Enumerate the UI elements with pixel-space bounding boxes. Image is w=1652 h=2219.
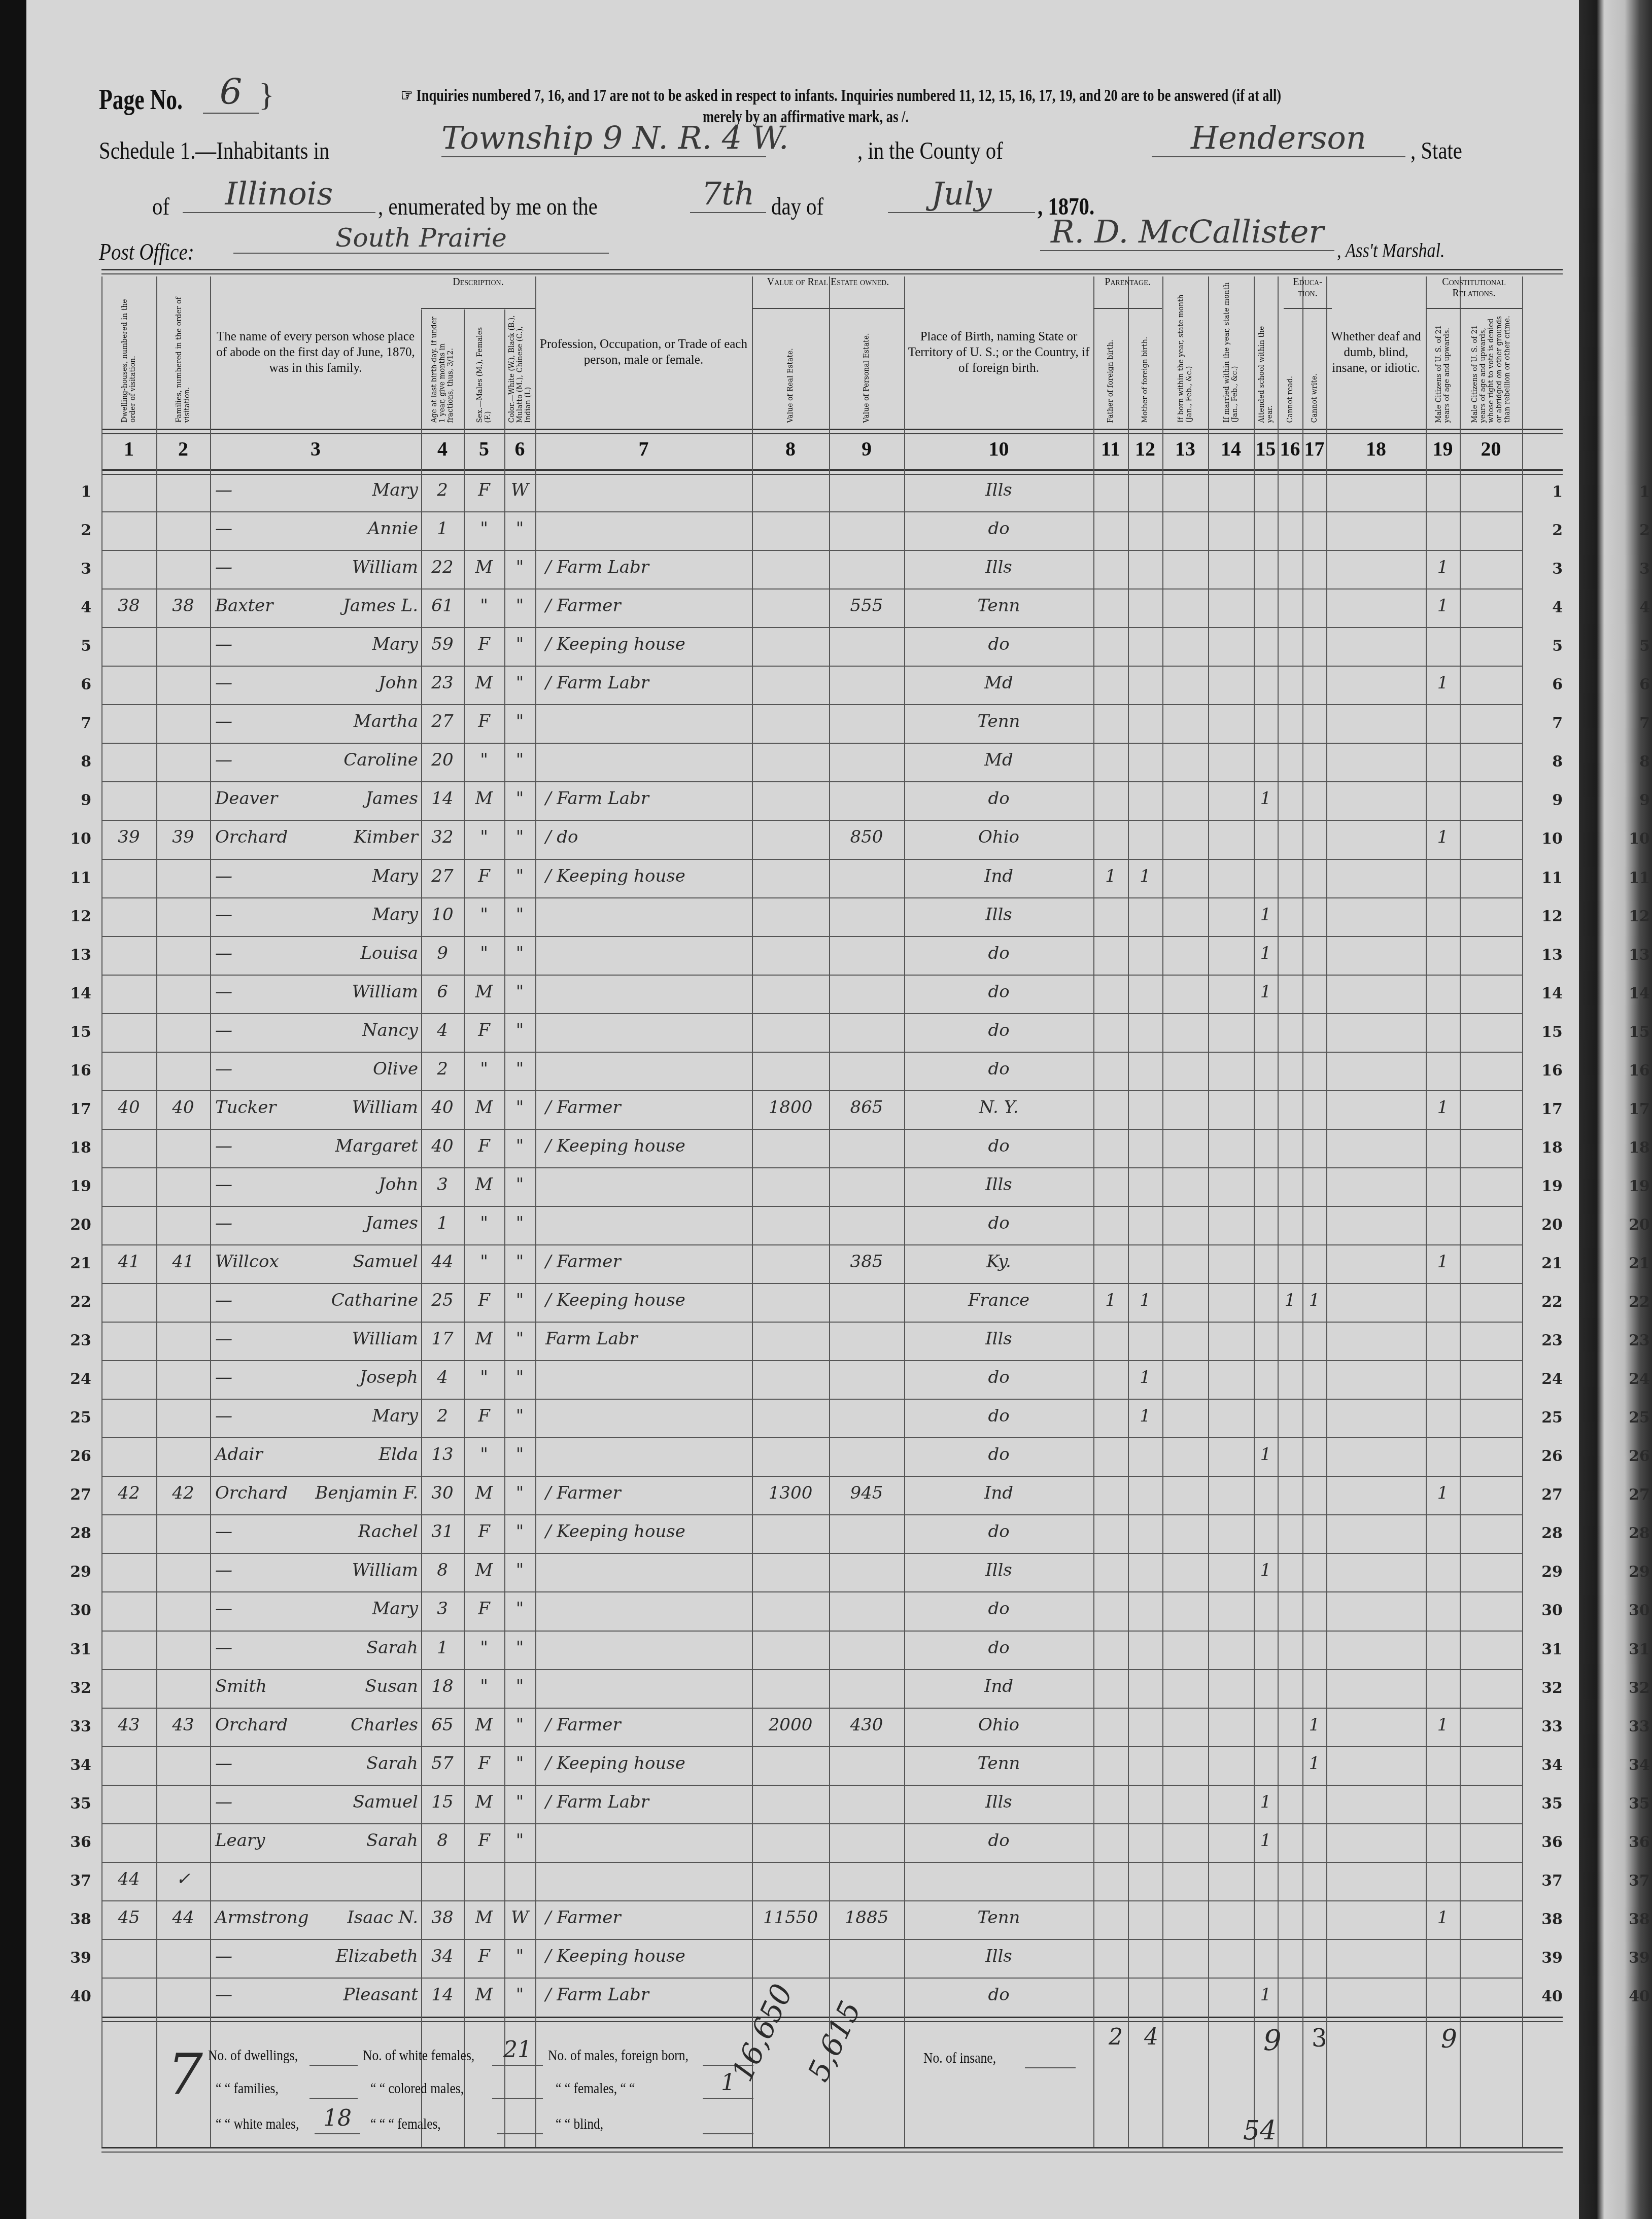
table-row: 1313—Louisa9""do1 — [0, 936, 1652, 975]
surname-cell: — — [215, 1020, 312, 1041]
birthplace-cell: do — [904, 982, 1093, 1002]
adjacent-line-number: 8 — [1620, 753, 1650, 771]
males-foreign-label: No. of males, foreign born, — [548, 2047, 689, 2064]
column-header-8: Value of Real Estate. — [752, 309, 829, 428]
age-cell: 2 — [421, 1406, 464, 1426]
family-cell: 44 — [156, 1908, 210, 1928]
given-name-cell: Nancy — [312, 1020, 418, 1041]
sex-cell: F — [464, 1521, 504, 1542]
birthplace-cell: do — [904, 634, 1093, 654]
column-header-text: Whether deaf and dumb, blind, insane, or… — [1326, 329, 1426, 376]
line-number-right: 19 — [1532, 1177, 1563, 1195]
line-number-right: 23 — [1532, 1332, 1563, 1349]
occupation-cell: / Farmer — [545, 1097, 748, 1118]
occupation-cell: / Keeping house — [545, 1290, 748, 1310]
line-number-left: 19 — [61, 1177, 91, 1195]
line-number-left: 22 — [61, 1293, 91, 1311]
table-row: 1212—Mary10""Ills1 — [0, 897, 1652, 936]
adjacent-line-number: 13 — [1620, 946, 1650, 964]
marshal-label: , Ass't Marshal. — [1337, 238, 1445, 262]
page-number-value: 6 — [203, 71, 259, 114]
bottom-note: 54 — [1243, 2116, 1277, 2146]
sex-cell: F — [464, 1753, 504, 1774]
line-number-left: 11 — [61, 869, 91, 887]
sex-cell: " — [464, 1252, 504, 1272]
family-cell: 43 — [156, 1715, 210, 1735]
surname-cell: Deaver — [215, 788, 312, 809]
birthplace-cell: Tenn — [904, 596, 1093, 616]
adjacent-line-number: 9 — [1620, 791, 1650, 809]
c12-cell: 1 — [1128, 1406, 1162, 1426]
column-header-4: Age at last birth-day. If under 1 year, … — [421, 309, 464, 428]
adjacent-line-number: 31 — [1620, 1641, 1650, 1658]
sex-cell: M — [464, 982, 504, 1002]
line-number-left: 30 — [61, 1602, 91, 1619]
given-name-cell: Mary — [312, 866, 418, 886]
table-row: 2323—WilliamFarm Labr17M"Ills — [0, 1322, 1652, 1360]
column-number-15: 15 — [1254, 431, 1278, 467]
age-cell: 17 — [421, 1329, 464, 1349]
column-header-2: Families, numbered in the order of visit… — [156, 276, 210, 428]
county-field: Henderson — [1152, 119, 1405, 157]
surname-cell: Armstrong — [215, 1908, 312, 1928]
adjacent-line-number: 2 — [1620, 522, 1650, 539]
family-cell: 42 — [156, 1483, 210, 1503]
color-cell: " — [504, 1638, 535, 1658]
line-number-right: 40 — [1532, 1988, 1563, 2005]
column-header-text: Father of foreign birth. — [1107, 315, 1115, 423]
birthplace-cell: do — [904, 518, 1093, 539]
adjacent-line-number: 32 — [1620, 1679, 1650, 1697]
county-label: , in the County of — [857, 137, 1003, 165]
birthplace-cell: do — [904, 1599, 1093, 1619]
column-header-text: Male Citizens of U. S. of 21 years of ag… — [1435, 315, 1451, 423]
birthplace-cell: Ills — [904, 480, 1093, 500]
color-cell: " — [504, 750, 535, 770]
line-number-left: 29 — [61, 1563, 91, 1581]
column-number-11: 11 — [1093, 431, 1128, 467]
column-number-16: 16 — [1278, 431, 1302, 467]
birthplace-cell: do — [904, 1985, 1093, 2005]
line-number-right: 33 — [1532, 1718, 1563, 1736]
birthplace-cell: do — [904, 1367, 1093, 1388]
given-name-cell: John — [312, 1174, 418, 1195]
surname-cell: Orchard — [215, 827, 312, 847]
line-number-right: 13 — [1532, 946, 1563, 964]
line-number-left: 32 — [61, 1679, 91, 1697]
column-header-13: If born within the year, state month (Ja… — [1162, 276, 1208, 428]
color-cell: " — [504, 1329, 535, 1349]
c19-cell: 1 — [1426, 827, 1460, 847]
given-name-cell: Sarah — [312, 1830, 418, 1851]
column-number-2: 2 — [156, 431, 210, 467]
occupation-cell: / Farm Labr — [545, 673, 748, 693]
personal-cell: 385 — [829, 1252, 904, 1272]
adjacent-line-number: 20 — [1620, 1216, 1650, 1234]
white-females-value: 21 — [492, 2037, 543, 2066]
column-header-16: Cannot read. — [1278, 309, 1302, 428]
given-name-cell: Benjamin F. — [312, 1483, 418, 1503]
birthplace-cell: Ind — [904, 866, 1093, 886]
line-number-right: 16 — [1532, 1062, 1563, 1080]
sex-cell: " — [464, 905, 504, 925]
column-header-10: Place of Birth, naming State or Territor… — [904, 276, 1093, 428]
line-number-left: 15 — [61, 1023, 91, 1041]
column-number-10: 10 — [904, 431, 1093, 467]
column-header-text: Families, numbered in the order of visit… — [175, 282, 191, 423]
adjacent-line-number: 37 — [1620, 1872, 1650, 1890]
line-number-left: 7 — [61, 714, 91, 732]
line-number-right: 36 — [1532, 1833, 1563, 1851]
occupation-cell: / Farmer — [545, 596, 748, 616]
personal-cell: 850 — [829, 827, 904, 847]
column-header-5: Sex.—Males (M.), Females (F.) — [464, 309, 504, 428]
table-row: 3838ArmstrongIsaac N./ Farmer454438MW115… — [0, 1900, 1652, 1939]
white-males-label: “ “ white males, — [216, 2116, 299, 2133]
color-cell: " — [504, 866, 535, 886]
column-header-6: Color.—White (W.), Black (B.), Mulatto (… — [504, 309, 535, 428]
surname-cell: — — [215, 1290, 312, 1310]
color-cell: " — [504, 1753, 535, 1774]
line-number-left: 33 — [61, 1718, 91, 1736]
table-row: 3636LearySarah8F"do1 — [0, 1823, 1652, 1862]
colored-females-value — [497, 2113, 543, 2134]
line-number-left: 13 — [61, 946, 91, 964]
age-cell: 30 — [421, 1483, 464, 1503]
sex-cell: M — [464, 1715, 504, 1735]
surname-cell: — — [215, 1213, 312, 1233]
occupation-cell: / Farmer — [545, 1252, 748, 1272]
column-number-8: 8 — [752, 431, 829, 467]
color-cell: " — [504, 596, 535, 616]
age-cell: 40 — [421, 1097, 464, 1118]
line-number-right: 21 — [1532, 1255, 1563, 1272]
age-cell: 15 — [421, 1792, 464, 1812]
occupation-cell: / do — [545, 827, 748, 847]
birthplace-cell: do — [904, 1059, 1093, 1079]
column-number-1: 1 — [101, 431, 156, 467]
table-row: 77—Martha27F"Tenn — [0, 704, 1652, 743]
dwelling-cell: 42 — [101, 1483, 156, 1503]
given-name-cell: Samuel — [312, 1252, 418, 1272]
birthplace-cell: Ills — [904, 905, 1093, 925]
real-cell: 11550 — [752, 1908, 829, 1928]
line-number-left: 36 — [61, 1833, 91, 1851]
table-row: 2929—William8M"Ills1 — [0, 1553, 1652, 1591]
line-number-right: 28 — [1532, 1524, 1563, 1542]
adjacent-line-number: 19 — [1620, 1177, 1650, 1195]
pointing-hand-icon: ☞ — [401, 86, 416, 105]
given-name-cell: James — [312, 1213, 418, 1233]
age-cell: 65 — [421, 1715, 464, 1735]
given-name-cell: Mary — [312, 1599, 418, 1619]
sex-cell: F — [464, 634, 504, 654]
column-header-text: Dwelling-houses, numbered in the order o… — [121, 282, 137, 423]
age-cell: 14 — [421, 1985, 464, 2005]
surname-cell: — — [215, 518, 312, 539]
line-number-left: 39 — [61, 1949, 91, 1967]
given-name-cell: Samuel — [312, 1792, 418, 1812]
line-number-right: 22 — [1532, 1293, 1563, 1311]
column-number-13: 13 — [1162, 431, 1208, 467]
sex-cell: " — [464, 943, 504, 963]
surname-cell: — — [215, 866, 312, 886]
color-cell: " — [504, 788, 535, 809]
given-name-cell: Joseph — [312, 1367, 418, 1388]
line-number-right: 17 — [1532, 1100, 1563, 1118]
occupation-cell: / Farm Labr — [545, 788, 748, 809]
occupation-cell: / Farm Labr — [545, 1792, 748, 1812]
birthplace-cell: Ky. — [904, 1252, 1093, 1272]
line-number-left: 20 — [61, 1216, 91, 1234]
table-row: 88—Caroline20""Md — [0, 743, 1652, 781]
family-cell: ✓ — [156, 1869, 210, 1889]
adjacent-line-number: 10 — [1620, 830, 1650, 848]
adjacent-line-number: 21 — [1620, 1255, 1650, 1272]
line-number-right: 20 — [1532, 1216, 1563, 1234]
color-cell: " — [504, 982, 535, 1002]
color-cell: " — [504, 1715, 535, 1735]
given-name-cell: John — [312, 673, 418, 693]
surname-cell: — — [215, 480, 312, 500]
table-row: 3232SmithSusan18""Ind — [0, 1669, 1652, 1708]
c17-cell: 1 — [1302, 1753, 1326, 1774]
age-cell: 4 — [421, 1367, 464, 1388]
given-name-cell: Kimber — [312, 827, 418, 847]
color-cell: " — [504, 1290, 535, 1310]
column-header-1: Dwelling-houses, numbered in the order o… — [101, 276, 156, 428]
month-field: July — [888, 175, 1035, 213]
age-cell: 1 — [421, 1638, 464, 1658]
table-row: 2121WillcoxSamuel/ Farmer414144""385Ky.1 — [0, 1244, 1652, 1283]
colored-males-label: “ “ colored males, — [370, 2080, 464, 2097]
sex-cell: M — [464, 1483, 504, 1503]
marshal-signature: R. D. McCallister — [1040, 213, 1334, 251]
line-number-left: 12 — [61, 908, 91, 925]
color-cell: " — [504, 827, 535, 847]
line-number-right: 7 — [1532, 714, 1563, 732]
age-cell: 2 — [421, 480, 464, 500]
table-row: 1010OrchardKimber/ do393932""850Ohio1 — [0, 820, 1652, 858]
age-cell: 10 — [421, 905, 464, 925]
occupation-cell: / Farmer — [545, 1908, 748, 1928]
real-cell: 1300 — [752, 1483, 829, 1503]
given-name-cell: Olive — [312, 1059, 418, 1079]
surname-cell: Willcox — [215, 1252, 312, 1272]
insane-value — [1025, 2047, 1076, 2068]
line-number-right: 8 — [1532, 753, 1563, 771]
group-constitutional: Constitutional Relations. — [1426, 276, 1522, 309]
table-row: 1414—William6M"do1 — [0, 975, 1652, 1013]
given-name-cell: Elizabeth — [312, 1946, 418, 1966]
c11-cell: 1 — [1093, 1290, 1128, 1310]
age-cell: 1 — [421, 1213, 464, 1233]
birthplace-cell: Ohio — [904, 827, 1093, 847]
line-number-left: 1 — [61, 483, 91, 501]
sex-cell: F — [464, 1406, 504, 1426]
age-cell: 4 — [421, 1020, 464, 1041]
age-cell: 61 — [421, 596, 464, 616]
line-number-right: 4 — [1532, 599, 1563, 616]
state-label: , State — [1410, 137, 1462, 165]
column-header-text: Profession, Occupation, or Trade of each… — [535, 336, 752, 368]
line-number-right: 5 — [1532, 637, 1563, 655]
table-row: 2727OrchardBenjamin F./ Farmer424230M"13… — [0, 1476, 1652, 1514]
surname-cell: — — [215, 1521, 312, 1542]
dwelling-cell: 38 — [101, 596, 156, 616]
dwelling-cell: 40 — [101, 1097, 156, 1118]
line-number-left: 28 — [61, 1524, 91, 1542]
line-number-right: 32 — [1532, 1679, 1563, 1697]
sex-cell: M — [464, 557, 504, 577]
birthplace-cell: do — [904, 1830, 1093, 1851]
given-name-cell: Louisa — [312, 943, 418, 963]
line-number-right: 27 — [1532, 1486, 1563, 1504]
given-name-cell: William — [312, 982, 418, 1002]
sex-cell: " — [464, 1213, 504, 1233]
given-name-cell: Catharine — [312, 1290, 418, 1310]
color-cell: W — [504, 480, 535, 500]
color-cell: " — [504, 1406, 535, 1426]
birthplace-cell: Ohio — [904, 1715, 1093, 1735]
c11-cell: 1 — [1093, 866, 1128, 886]
sex-cell: F — [464, 1136, 504, 1156]
personal-cell: 430 — [829, 1715, 904, 1735]
column-header-text: Value of Personal Estate. — [863, 315, 871, 423]
group-description: Description. — [421, 276, 535, 309]
column-number-5: 5 — [464, 431, 504, 467]
column-header-text: Sex.—Males (M.), Females (F.) — [476, 315, 492, 423]
given-name-cell: Isaac N. — [312, 1908, 418, 1928]
birthplace-cell: Ills — [904, 1792, 1093, 1812]
occupation-cell: / Keeping house — [545, 634, 748, 654]
surname-cell: — — [215, 1059, 312, 1079]
surname-cell: Tucker — [215, 1097, 312, 1118]
c19-cell: 1 — [1426, 1097, 1460, 1118]
dwelling-cell: 39 — [101, 827, 156, 847]
color-cell: " — [504, 1020, 535, 1041]
dwellings-label: No. of dwellings, — [208, 2047, 298, 2064]
given-name-cell: Elda — [312, 1444, 418, 1465]
line-number-right: 2 — [1532, 522, 1563, 539]
surname-cell: — — [215, 1985, 312, 2005]
birthplace-cell: do — [904, 1213, 1093, 1233]
dwelling-cell: 44 — [101, 1869, 156, 1889]
line-number-left: 25 — [61, 1409, 91, 1427]
given-name-cell: Pleasant — [312, 1985, 418, 2005]
column-header-19: Male Citizens of U. S. of 21 years of ag… — [1426, 309, 1460, 428]
surname-cell: — — [215, 1367, 312, 1388]
column-number-7: 7 — [535, 431, 752, 467]
given-name-cell: William — [312, 1097, 418, 1118]
sex-cell: F — [464, 866, 504, 886]
state-field: Illinois — [183, 175, 375, 213]
line-number-left: 31 — [61, 1641, 91, 1658]
line-number-right: 1 — [1532, 483, 1563, 501]
surname-cell: — — [215, 982, 312, 1002]
given-name-cell: Mary — [312, 634, 418, 654]
birthplace-cell: Ills — [904, 557, 1093, 577]
surname-cell: — — [215, 943, 312, 963]
color-cell: " — [504, 1521, 535, 1542]
birthplace-cell: Ills — [904, 1174, 1093, 1195]
occupation-cell: / Farmer — [545, 1483, 748, 1503]
column-number-12: 12 — [1128, 431, 1162, 467]
sex-cell: F — [464, 1020, 504, 1041]
dwelling-cell: 43 — [101, 1715, 156, 1735]
given-name-cell: Caroline — [312, 750, 418, 770]
table-row: 1818—Margaret/ Keeping house40F"do — [0, 1129, 1652, 1167]
adjacent-line-number: 30 — [1620, 1602, 1650, 1619]
line-number-left: 6 — [61, 676, 91, 694]
group-parentage: Parentage. — [1093, 276, 1162, 309]
age-cell: 18 — [421, 1676, 464, 1696]
age-cell: 8 — [421, 1830, 464, 1851]
birthplace-cell: Ills — [904, 1946, 1093, 1966]
page-summary: 7 No. of dwellings, No. of white females… — [101, 2022, 1522, 2151]
day-field: 7th — [690, 175, 766, 213]
line-number-left: 2 — [61, 522, 91, 539]
sex-cell: F — [464, 1599, 504, 1619]
sex-cell: M — [464, 1329, 504, 1349]
table-row: 1111—Mary/ Keeping house27F"Ind11 — [0, 859, 1652, 897]
sex-cell: " — [464, 1676, 504, 1696]
birthplace-cell: do — [904, 1406, 1093, 1426]
c19-cell: 1 — [1426, 596, 1460, 616]
personal-cell: 945 — [829, 1483, 904, 1503]
line-number-right: 38 — [1532, 1911, 1563, 1928]
c15-total: 9 — [1263, 2024, 1282, 2057]
age-cell: 3 — [421, 1599, 464, 1619]
given-name-cell: William — [312, 557, 418, 577]
colored-males-value — [492, 2077, 543, 2099]
line-number-right: 3 — [1532, 560, 1563, 578]
column-header-text: Cannot write. — [1311, 315, 1319, 423]
age-cell: 8 — [421, 1560, 464, 1580]
adjacent-line-number: 38 — [1620, 1911, 1650, 1928]
adjacent-line-number: 15 — [1620, 1023, 1650, 1041]
line-number-left: 21 — [61, 1255, 91, 1272]
adjacent-line-number: 29 — [1620, 1563, 1650, 1581]
age-cell: 27 — [421, 711, 464, 732]
line-number-right: 15 — [1532, 1023, 1563, 1041]
c15-cell: 1 — [1254, 1560, 1278, 1580]
adjacent-line-number: 7 — [1620, 714, 1650, 732]
adjacent-line-number: 5 — [1620, 637, 1650, 655]
line-number-left: 34 — [61, 1756, 91, 1774]
age-cell: 40 — [421, 1136, 464, 1156]
birthplace-cell: N. Y. — [904, 1097, 1093, 1118]
table-row: 3434—Sarah/ Keeping house57F"Tenn1 — [0, 1746, 1652, 1785]
column-header-text: If born within the year, state month (Ja… — [1177, 282, 1193, 423]
birthplace-cell: Tenn — [904, 711, 1093, 732]
line-number-left: 14 — [61, 985, 91, 1002]
column-header-9: Value of Personal Estate. — [829, 309, 904, 428]
color-cell: " — [504, 1483, 535, 1503]
adjacent-line-number: 36 — [1620, 1833, 1650, 1851]
sex-cell: M — [464, 673, 504, 693]
dwelling-cell: 41 — [101, 1252, 156, 1272]
age-cell: 14 — [421, 788, 464, 809]
adjacent-line-number: 4 — [1620, 599, 1650, 616]
post-office-field: South Prairie — [233, 223, 609, 254]
sex-cell: M — [464, 1792, 504, 1812]
c19-cell: 1 — [1426, 1715, 1460, 1735]
age-cell: 59 — [421, 634, 464, 654]
given-name-cell: James — [312, 788, 418, 809]
post-office-label: Post Office: — [99, 238, 194, 265]
given-name-cell: Sarah — [312, 1638, 418, 1658]
